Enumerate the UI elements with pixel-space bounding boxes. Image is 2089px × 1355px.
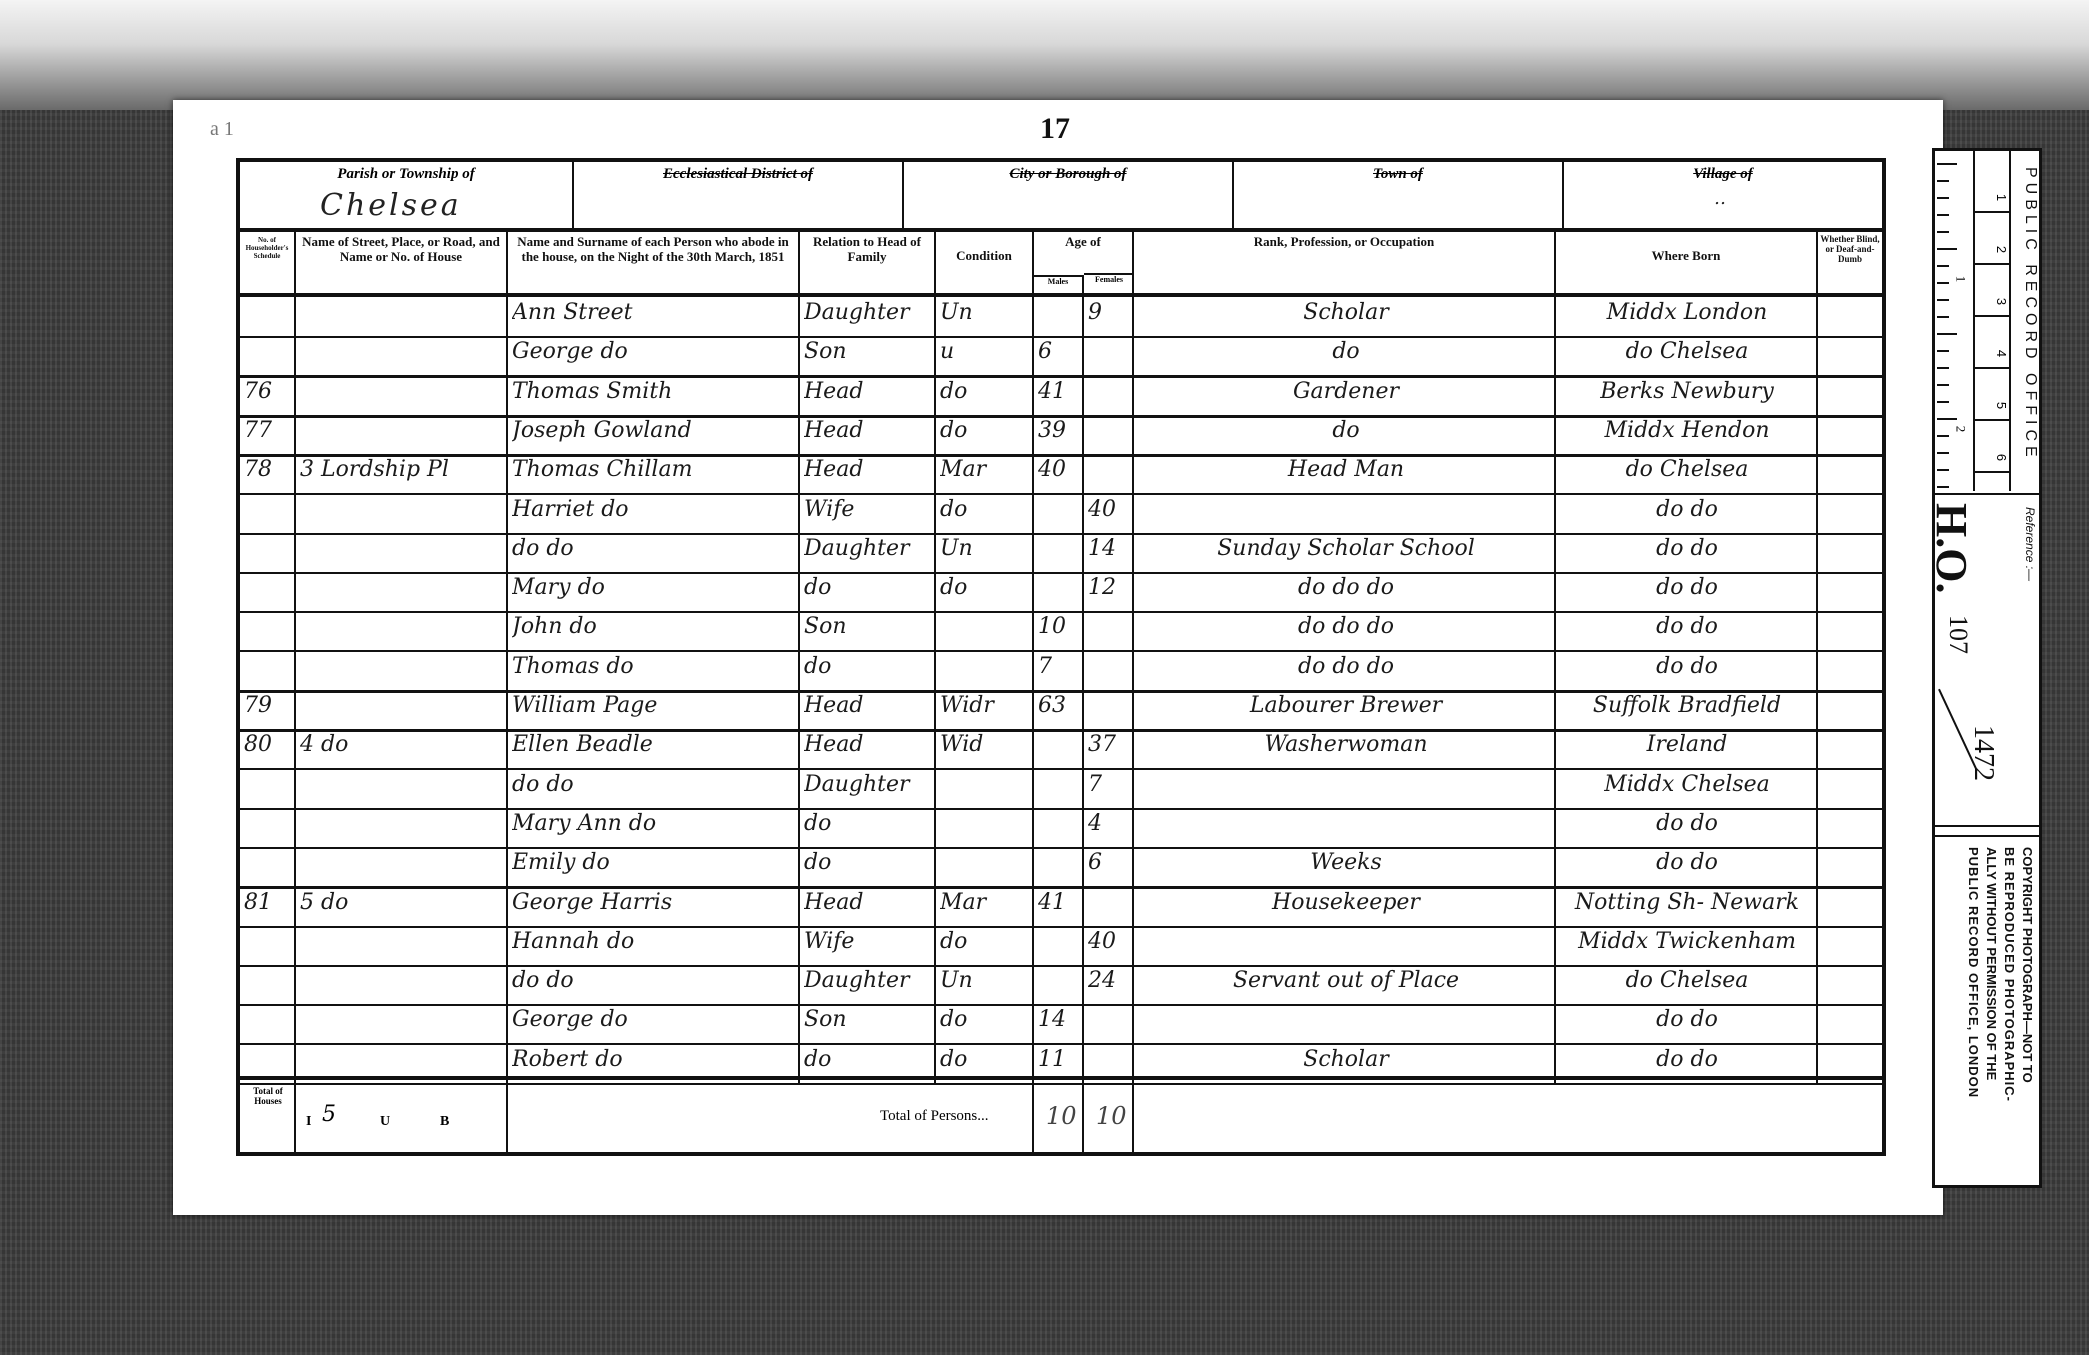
cell-schedule: 79: [244, 693, 292, 727]
cell-infirmity: [1822, 457, 1882, 491]
cell-female-age: 9: [1088, 300, 1130, 334]
cell-born: do do: [1560, 850, 1814, 884]
cell-infirmity: [1822, 654, 1882, 688]
cell-female-age: 40: [1088, 497, 1130, 531]
cell-occupation: [1140, 811, 1552, 845]
cell-schedule: [244, 654, 292, 688]
cell-male-age: [1038, 811, 1080, 845]
cell-name: Harriet do: [512, 497, 796, 531]
cell-infirmity: [1822, 890, 1882, 924]
header-where-born: Where Born: [1556, 228, 1818, 293]
cell-relation: do: [804, 575, 932, 609]
cell-name: George do: [512, 339, 796, 373]
corner-mark: a 1: [210, 118, 234, 141]
cell-condition: do: [940, 575, 1030, 609]
ecclesiastical-cell: Ecclesiastical District of: [574, 162, 904, 228]
cell-male-age: 63: [1038, 693, 1080, 727]
cell-condition: do: [940, 418, 1030, 452]
cell-schedule: [244, 772, 292, 806]
census-form: Parish or Township of Chelsea Ecclesiast…: [236, 158, 1886, 1156]
cell-street: 4 do: [300, 732, 504, 766]
cell-schedule: 80: [244, 732, 292, 766]
cell-name: Hannah do: [512, 929, 796, 963]
cell-male-age: [1038, 772, 1080, 806]
cell-relation: do: [804, 654, 932, 688]
cell-name: do do: [512, 536, 796, 570]
cell-schedule: 78: [244, 457, 292, 491]
cell-relation: Daughter: [804, 968, 932, 1002]
cell-occupation: [1140, 929, 1552, 963]
cell-infirmity: [1822, 772, 1882, 806]
cell-born: do Chelsea: [1560, 968, 1814, 1002]
cell-female-age: 12: [1088, 575, 1130, 609]
scale-box: 6: [1973, 421, 2009, 473]
ruler-tick: [1937, 197, 1949, 199]
cell-female-age: [1088, 890, 1130, 924]
cell-born: do do: [1560, 654, 1814, 688]
ruler-tick: [1937, 214, 1949, 216]
cell-schedule: 81: [244, 890, 292, 924]
cell-female-age: [1088, 1007, 1130, 1041]
cell-street: [300, 654, 504, 688]
table-row: Hannah doWifedo40Middx Twickenham: [240, 926, 1882, 967]
cell-female-age: [1088, 457, 1130, 491]
ruler-tick: [1937, 469, 1949, 471]
copyright-notice: COPYRIGHT PHOTOGRAPH—NOT TO BE REPRODUCE…: [1935, 835, 2039, 1187]
cell-infirmity: [1822, 300, 1882, 334]
header-name: Name and Surname of each Person who abod…: [508, 228, 800, 293]
scale-number: 5: [1994, 402, 2009, 409]
table-row: 804 doEllen BeadleHeadWid37WasherwomanIr…: [240, 729, 1882, 770]
cell-infirmity: [1822, 339, 1882, 373]
cell-male-age: [1038, 850, 1080, 884]
header-condition: Condition: [936, 228, 1034, 293]
cell-name: do do: [512, 772, 796, 806]
cell-street: 5 do: [300, 890, 504, 924]
cell-infirmity: [1822, 536, 1882, 570]
cell-male-age: 14: [1038, 1007, 1080, 1041]
cell-male-age: 10: [1038, 614, 1080, 648]
cell-name: Ellen Beadle: [512, 732, 796, 766]
ruler-number: 1: [1952, 276, 1968, 283]
cell-occupation: [1140, 772, 1552, 806]
cell-occupation: do do do: [1140, 654, 1552, 688]
town-cell: Town of: [1234, 162, 1564, 228]
cell-street: [300, 497, 504, 531]
header-schedule: No. of Householder's Schedule: [240, 228, 296, 293]
ruler-tick: [1937, 384, 1949, 386]
cell-occupation: Servant out of Place: [1140, 968, 1552, 1002]
cell-condition: [940, 850, 1030, 884]
cell-street: 3 Lordship Pl: [300, 457, 504, 491]
total-houses-label: Total of Houses: [246, 1086, 290, 1106]
parish-label: Parish or Township of: [240, 166, 572, 183]
cell-condition: do: [940, 379, 1030, 413]
cell-relation: Head: [804, 418, 932, 452]
cell-infirmity: [1822, 850, 1882, 884]
cell-male-age: [1038, 732, 1080, 766]
ruler-tick: [1937, 231, 1949, 233]
cell-schedule: 76: [244, 379, 292, 413]
cell-occupation: do do do: [1140, 614, 1552, 648]
table-row: do doDaughterUn24Servant out of Placedo …: [240, 965, 1882, 1006]
city-cell: City or Borough of: [904, 162, 1234, 228]
cell-name: George do: [512, 1007, 796, 1041]
cell-schedule: [244, 1007, 292, 1041]
males-total: 10: [1046, 1102, 1077, 1130]
town-label: Town of: [1234, 166, 1562, 183]
scale-number: 6: [1994, 454, 2009, 461]
table-row: Mary Ann dodo4do do: [240, 808, 1882, 849]
cell-male-age: [1038, 497, 1080, 531]
cell-born: do do: [1560, 575, 1814, 609]
ruler-tick: [1937, 316, 1949, 318]
cell-condition: Mar: [940, 457, 1030, 491]
cell-condition: Widr: [940, 693, 1030, 727]
cell-street: [300, 418, 504, 452]
ruler-tick: [1937, 486, 1949, 488]
females-total: 10: [1096, 1102, 1127, 1130]
cell-occupation: Head Man: [1140, 457, 1552, 491]
cell-occupation: Scholar: [1140, 300, 1552, 334]
cell-name: Thomas Chillam: [512, 457, 796, 491]
cell-female-age: 14: [1088, 536, 1130, 570]
scale-number: 3: [1994, 298, 2009, 305]
cell-male-age: [1038, 300, 1080, 334]
cell-street: [300, 693, 504, 727]
cell-condition: [940, 772, 1030, 806]
top-light-background: [0, 0, 2089, 110]
cell-born: Suffolk Bradfield: [1560, 693, 1814, 727]
inhabited-label: I: [306, 1114, 311, 1130]
cell-male-age: 41: [1038, 890, 1080, 924]
table-row: Ann StreetDaughterUn9ScholarMiddx London: [240, 297, 1882, 338]
cell-male-age: 40: [1038, 457, 1080, 491]
cell-infirmity: [1822, 732, 1882, 766]
totals-row: Total of Houses I 5 U B Total of Persons…: [240, 1076, 1882, 1152]
table-row: 783 Lordship PlThomas ChillamHeadMar40He…: [240, 454, 1882, 495]
scale-number: 1: [1994, 194, 2009, 201]
cell-name: Joseph Gowland: [512, 418, 796, 452]
cell-relation: Wife: [804, 497, 932, 531]
cell-female-age: 7: [1088, 772, 1130, 806]
cell-street: [300, 300, 504, 334]
cell-relation: Son: [804, 339, 932, 373]
ruler-tick: [1937, 265, 1949, 267]
cell-relation: Daughter: [804, 300, 932, 334]
cell-relation: Daughter: [804, 536, 932, 570]
scale-box: 3: [1973, 265, 2009, 317]
reference-label: Reference :—: [2023, 507, 2037, 581]
column-headers: No. of Householder's Schedule Name of St…: [240, 228, 1882, 297]
cell-born: Middx London: [1560, 300, 1814, 334]
ruler-tick: [1937, 401, 1949, 403]
cell-female-age: [1088, 418, 1130, 452]
cell-street: [300, 772, 504, 806]
cell-schedule: [244, 575, 292, 609]
cell-infirmity: [1822, 575, 1882, 609]
cell-street: [300, 614, 504, 648]
cell-schedule: [244, 339, 292, 373]
cell-occupation: [1140, 1007, 1552, 1041]
cell-born: Berks Newbury: [1560, 379, 1814, 413]
table-row: Thomas dodo7do do dodo do: [240, 651, 1882, 693]
ruler-tick: [1937, 299, 1949, 301]
cell-female-age: 24: [1088, 968, 1130, 1002]
scale-box: 2: [1973, 213, 2009, 265]
table-row: 76Thomas SmithHeaddo41GardenerBerks Newb…: [240, 376, 1882, 418]
cell-schedule: 77: [244, 418, 292, 452]
cell-condition: do: [940, 1007, 1030, 1041]
cell-born: do do: [1560, 614, 1814, 648]
cell-occupation: do: [1140, 418, 1552, 452]
cell-name: Mary do: [512, 575, 796, 609]
cell-infirmity: [1822, 811, 1882, 845]
cell-schedule: [244, 929, 292, 963]
cell-occupation: do: [1140, 339, 1552, 373]
table-row: Mary dododo12do do dodo do: [240, 572, 1882, 613]
cell-schedule: [244, 811, 292, 845]
reference-box: Reference :— H.O. 107 1472: [1935, 493, 2039, 827]
cell-condition: [940, 614, 1030, 648]
cell-born: Ireland: [1560, 732, 1814, 766]
cell-infirmity: [1822, 418, 1882, 452]
cell-schedule: [244, 850, 292, 884]
cell-name: John do: [512, 614, 796, 648]
table-row: do doDaughterUn14Sunday Scholar Schooldo…: [240, 533, 1882, 574]
cell-schedule: [244, 497, 292, 531]
cell-condition: Un: [940, 536, 1030, 570]
cell-condition: Mar: [940, 890, 1030, 924]
scale-box: 1: [1973, 161, 2009, 213]
cell-female-age: [1088, 339, 1130, 373]
reference-piece: 107: [1943, 615, 1973, 654]
cell-street: [300, 575, 504, 609]
cell-condition: u: [940, 339, 1030, 373]
ruler-number: 2: [1952, 426, 1968, 433]
cell-street: [300, 339, 504, 373]
ruler-tick: [1937, 350, 1949, 352]
cell-relation: Head: [804, 693, 932, 727]
cell-relation: Son: [804, 1007, 932, 1041]
cell-condition: do: [940, 929, 1030, 963]
cell-street: [300, 968, 504, 1002]
cell-street: [300, 379, 504, 413]
cell-male-age: [1038, 536, 1080, 570]
inhabited-value: 5: [322, 1102, 336, 1127]
cell-infirmity: [1822, 693, 1882, 727]
cell-schedule: [244, 614, 292, 648]
entries-body: Ann StreetDaughterUn9ScholarMiddx London…: [240, 297, 1882, 1083]
cell-female-age: 40: [1088, 929, 1130, 963]
table-row: 77Joseph GowlandHeaddo39doMiddx Hendon: [240, 415, 1882, 457]
cell-born: Middx Hendon: [1560, 418, 1814, 452]
ecclesiastical-label: Ecclesiastical District of: [574, 166, 902, 183]
city-label: City or Borough of: [904, 166, 1232, 183]
cell-street: [300, 1007, 504, 1041]
cell-female-age: 37: [1088, 732, 1130, 766]
table-row: George doSonu6dodo Chelsea: [240, 336, 1882, 378]
table-row: John doSon10do do dodo do: [240, 611, 1882, 652]
header-blind-deaf: Whether Blind, or Deaf-and-Dumb: [1818, 228, 1882, 293]
cell-born: Notting Sh- Newark: [1560, 890, 1814, 924]
cell-name: Thomas do: [512, 654, 796, 688]
cell-condition: Wid: [940, 732, 1030, 766]
cell-male-age: 39: [1038, 418, 1080, 452]
ruler-tick: [1937, 367, 1949, 369]
cell-condition: Un: [940, 300, 1030, 334]
header-relation: Relation to Head of Family: [800, 228, 936, 293]
village-value: ‥: [1714, 188, 1729, 209]
table-row: George doSondo14do do: [240, 1004, 1882, 1045]
cell-street: [300, 811, 504, 845]
parish-cell: Parish or Township of Chelsea: [240, 162, 574, 228]
cell-occupation: Gardener: [1140, 379, 1552, 413]
table-row: Harriet doWifedo40do do: [240, 494, 1882, 535]
table-row: 79William PageHeadWidr63Labourer BrewerS…: [240, 690, 1882, 732]
cell-occupation: Housekeeper: [1140, 890, 1552, 924]
cell-schedule: [244, 536, 292, 570]
cell-occupation: Sunday Scholar School: [1140, 536, 1552, 570]
cell-relation: do: [804, 811, 932, 845]
cell-female-age: [1088, 693, 1130, 727]
cell-name: Ann Street: [512, 300, 796, 334]
cell-relation: Head: [804, 379, 932, 413]
cell-born: do do: [1560, 811, 1814, 845]
table-row: 815 doGeorge HarrisHeadMar41HousekeeperN…: [240, 887, 1882, 928]
record-office-strip: 12 123456 PUBLIC RECORD OFFICE Reference…: [1932, 148, 2042, 1188]
page-number: 17: [1040, 112, 1070, 146]
cell-relation: Head: [804, 890, 932, 924]
ruler-tick: [1937, 180, 1949, 182]
cell-infirmity: [1822, 497, 1882, 531]
cell-schedule: [244, 300, 292, 334]
ruler: 12: [1935, 151, 1975, 491]
cell-condition: [940, 811, 1030, 845]
cell-occupation: do do do: [1140, 575, 1552, 609]
cell-name: Mary Ann do: [512, 811, 796, 845]
cell-relation: Wife: [804, 929, 932, 963]
header-street: Name of Street, Place, or Road, and Name…: [296, 228, 508, 293]
scale-box: 5: [1973, 369, 2009, 421]
cell-condition: do: [940, 497, 1030, 531]
total-persons-label: Total of Persons...: [880, 1108, 989, 1125]
ruler-tick: [1937, 452, 1949, 454]
cell-born: do Chelsea: [1560, 457, 1814, 491]
village-cell: Village of ‥: [1564, 162, 1882, 228]
cell-born: do do: [1560, 497, 1814, 531]
cell-infirmity: [1822, 379, 1882, 413]
cell-born: do do: [1560, 1007, 1814, 1041]
scale-boxes: 123456: [1973, 151, 2011, 491]
cell-street: [300, 850, 504, 884]
uninhabited-label: U: [380, 1114, 390, 1130]
cell-male-age: 41: [1038, 379, 1080, 413]
parish-value: Chelsea: [320, 188, 462, 223]
cell-condition: [940, 654, 1030, 688]
cell-female-age: 6: [1088, 850, 1130, 884]
ruler-tick: [1937, 282, 1949, 284]
cell-infirmity: [1822, 614, 1882, 648]
cell-infirmity: [1822, 1007, 1882, 1041]
cell-female-age: [1088, 614, 1130, 648]
cell-occupation: [1140, 497, 1552, 531]
cell-occupation: Labourer Brewer: [1140, 693, 1552, 727]
cell-relation: Daughter: [804, 772, 932, 806]
cell-born: Middx Chelsea: [1560, 772, 1814, 806]
cell-born: do do: [1560, 536, 1814, 570]
header-occupation: Rank, Profession, or Occupation: [1134, 228, 1556, 293]
location-row: Parish or Township of Chelsea Ecclesiast…: [240, 162, 1882, 232]
ruler-tick: [1937, 333, 1957, 335]
cell-relation: Head: [804, 732, 932, 766]
cell-relation: Head: [804, 457, 932, 491]
cell-born: do Chelsea: [1560, 339, 1814, 373]
cell-female-age: [1088, 654, 1130, 688]
building-label: B: [440, 1114, 449, 1130]
cell-name: George Harris: [512, 890, 796, 924]
cell-infirmity: [1822, 968, 1882, 1002]
cell-male-age: [1038, 575, 1080, 609]
cell-relation: Son: [804, 614, 932, 648]
ruler-tick: [1937, 435, 1949, 437]
cell-female-age: 4: [1088, 811, 1130, 845]
cell-female-age: [1088, 379, 1130, 413]
cell-name: William Page: [512, 693, 796, 727]
cell-male-age: [1038, 968, 1080, 1002]
scale-box: 4: [1973, 317, 2009, 369]
ruler-tick: [1937, 248, 1957, 250]
village-label: Village of: [1564, 166, 1882, 183]
cell-male-age: 6: [1038, 339, 1080, 373]
cell-condition: Un: [940, 968, 1030, 1002]
cell-name: do do: [512, 968, 796, 1002]
cell-name: Thomas Smith: [512, 379, 796, 413]
office-title: PUBLIC RECORD OFFICE: [2021, 167, 2039, 462]
cell-infirmity: [1822, 929, 1882, 963]
cell-relation: do: [804, 850, 932, 884]
scale-number: 2: [1994, 246, 2009, 253]
table-row: do doDaughter7Middx Chelsea: [240, 769, 1882, 810]
reference-prefix: H.O.: [1926, 503, 1977, 593]
cell-occupation: Weeks: [1140, 850, 1552, 884]
ruler-tick: [1937, 163, 1957, 165]
cell-occupation: Washerwoman: [1140, 732, 1552, 766]
cell-name: Emily do: [512, 850, 796, 884]
cell-born: Middx Twickenham: [1560, 929, 1814, 963]
reference-folio: 1472: [1967, 725, 1999, 781]
ruler-tick: [1937, 418, 1957, 420]
cell-street: [300, 929, 504, 963]
cell-street: [300, 536, 504, 570]
cell-schedule: [244, 968, 292, 1002]
table-row: Emily dodo6Weeksdo do: [240, 847, 1882, 889]
cell-male-age: [1038, 929, 1080, 963]
scale-number: 4: [1994, 350, 2009, 357]
header-age: Age of Males Females: [1034, 228, 1134, 293]
cell-male-age: 7: [1038, 654, 1080, 688]
